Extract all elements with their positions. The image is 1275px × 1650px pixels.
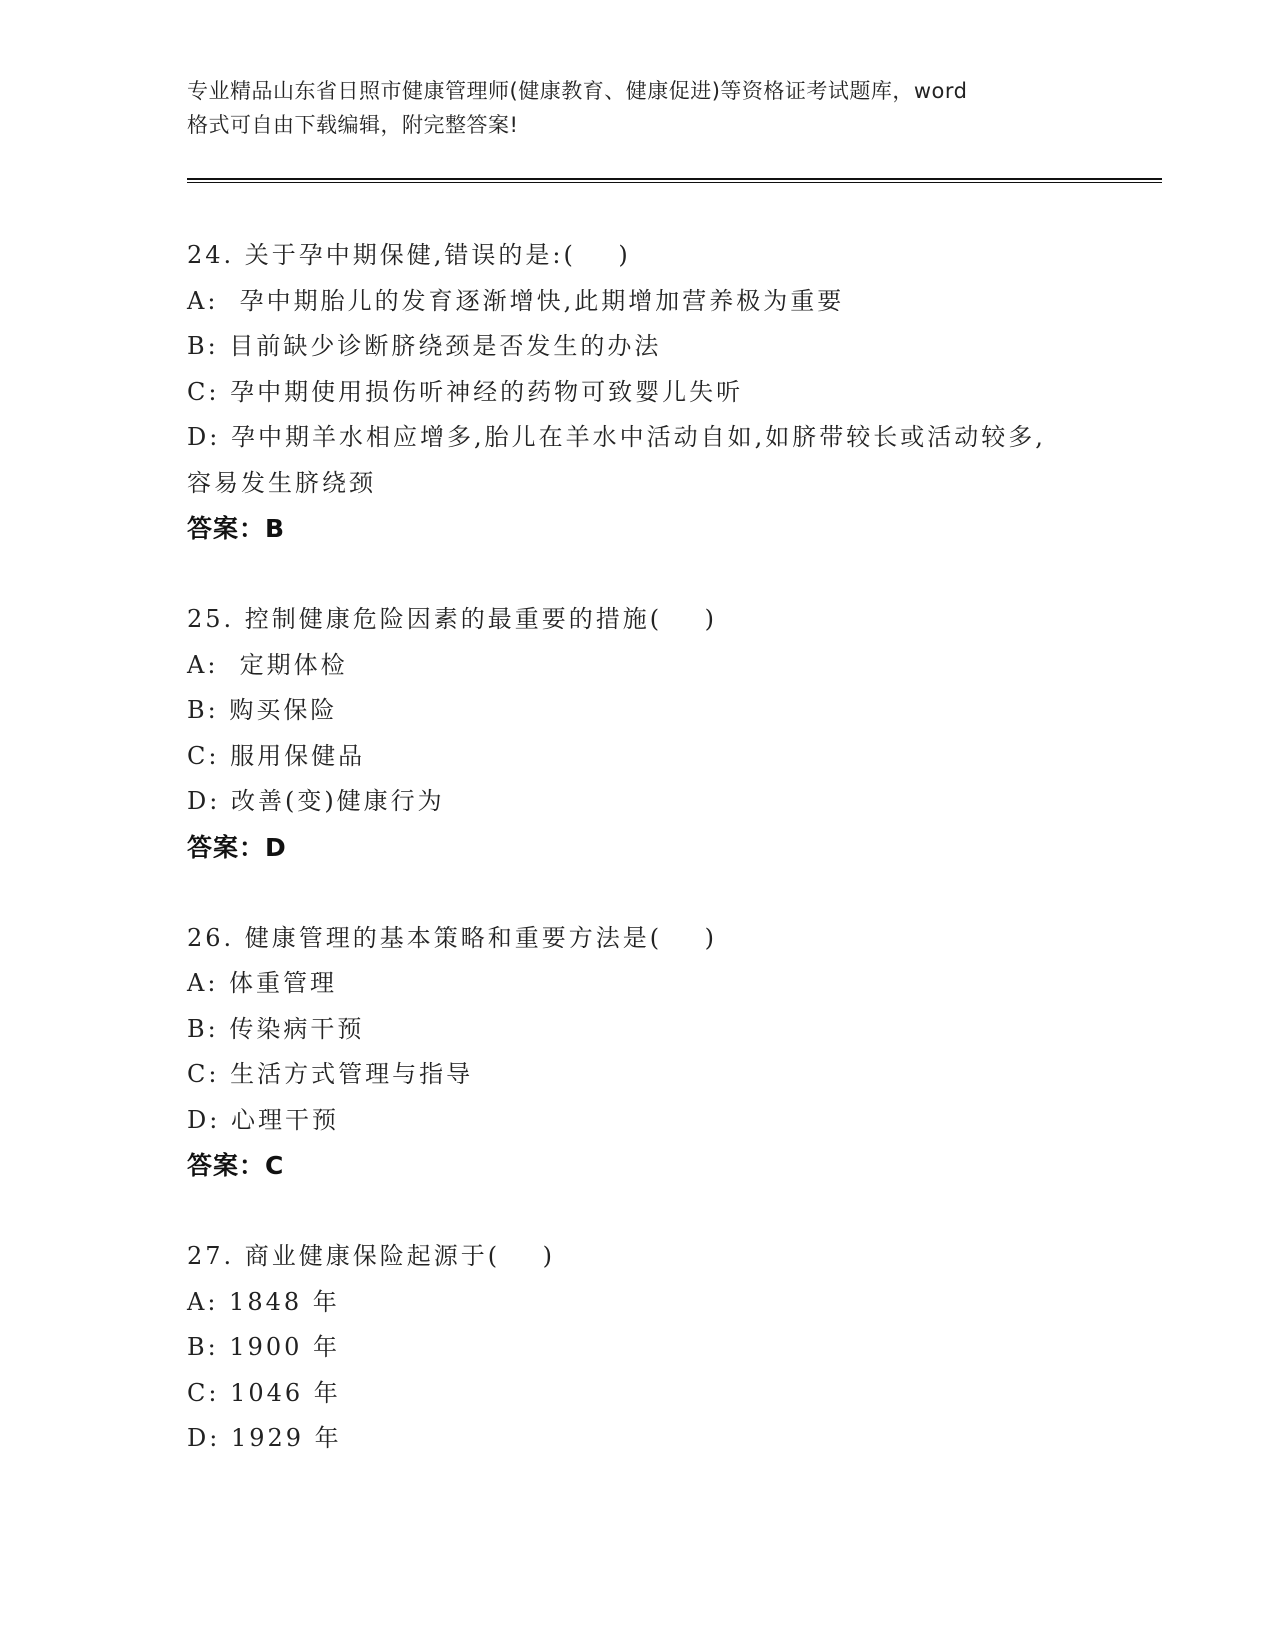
- option-a: A: 定期体检: [187, 643, 1087, 689]
- question-stem: 25. 控制健康危险因素的最重要的措施( ): [187, 597, 1087, 643]
- question-stem: 26. 健康管理的基本策略和重要方法是( ): [187, 916, 1087, 962]
- option-b: B: 1900 年: [187, 1325, 1087, 1371]
- option-b: B: 目前缺少诊断脐绕颈是否发生的办法: [187, 324, 1087, 370]
- header-line-1: 专业精品山东省日照市健康管理师(健康教育、健康促进)等资格证考试题库，word: [187, 74, 1087, 108]
- document-header: 专业精品山东省日照市健康管理师(健康教育、健康促进)等资格证考试题库，word …: [187, 74, 1087, 142]
- question-26: 26. 健康管理的基本策略和重要方法是( ) A: 体重管理 B: 传染病干预 …: [187, 916, 1087, 1189]
- question-stem: 24. 关于孕中期保健,错误的是:( ): [187, 233, 1087, 279]
- answer: 答案：C: [187, 1143, 1087, 1189]
- option-b: B: 传染病干预: [187, 1007, 1087, 1053]
- header-double-rule: [187, 178, 1162, 183]
- option-c: C: 服用保健品: [187, 734, 1087, 780]
- option-d: D: 心理干预: [187, 1098, 1087, 1144]
- answer: 答案：B: [187, 506, 1087, 552]
- question-24: 24. 关于孕中期保健,错误的是:( ) A: 孕中期胎儿的发育逐渐增快,此期增…: [187, 233, 1087, 552]
- option-d: D: 改善(变)健康行为: [187, 779, 1087, 825]
- header-line-2: 格式可自由下载编辑，附完整答案!: [187, 108, 1087, 142]
- option-a: A: 体重管理: [187, 961, 1087, 1007]
- question-stem: 27. 商业健康保险起源于( ): [187, 1234, 1087, 1280]
- option-c: C: 孕中期使用损伤听神经的药物可致婴儿失听: [187, 370, 1087, 416]
- option-a: A: 孕中期胎儿的发育逐渐增快,此期增加营养极为重要: [187, 279, 1087, 325]
- option-c: C: 1046 年: [187, 1371, 1087, 1417]
- question-list: 24. 关于孕中期保健,错误的是:( ) A: 孕中期胎儿的发育逐渐增快,此期增…: [187, 233, 1087, 1507]
- question-25: 25. 控制健康危险因素的最重要的措施( ) A: 定期体检 B: 购买保险 C…: [187, 597, 1087, 870]
- option-a: A: 1848 年: [187, 1280, 1087, 1326]
- option-d: D: 1929 年: [187, 1416, 1087, 1462]
- option-d: D: 孕中期羊水相应增多,胎儿在羊水中活动自如,如脐带较长或活动较多,容易发生脐…: [187, 415, 1047, 506]
- option-c: C: 生活方式管理与指导: [187, 1052, 1087, 1098]
- question-27: 27. 商业健康保险起源于( ) A: 1848 年 B: 1900 年 C: …: [187, 1234, 1087, 1462]
- answer: 答案：D: [187, 825, 1087, 871]
- option-b: B: 购买保险: [187, 688, 1087, 734]
